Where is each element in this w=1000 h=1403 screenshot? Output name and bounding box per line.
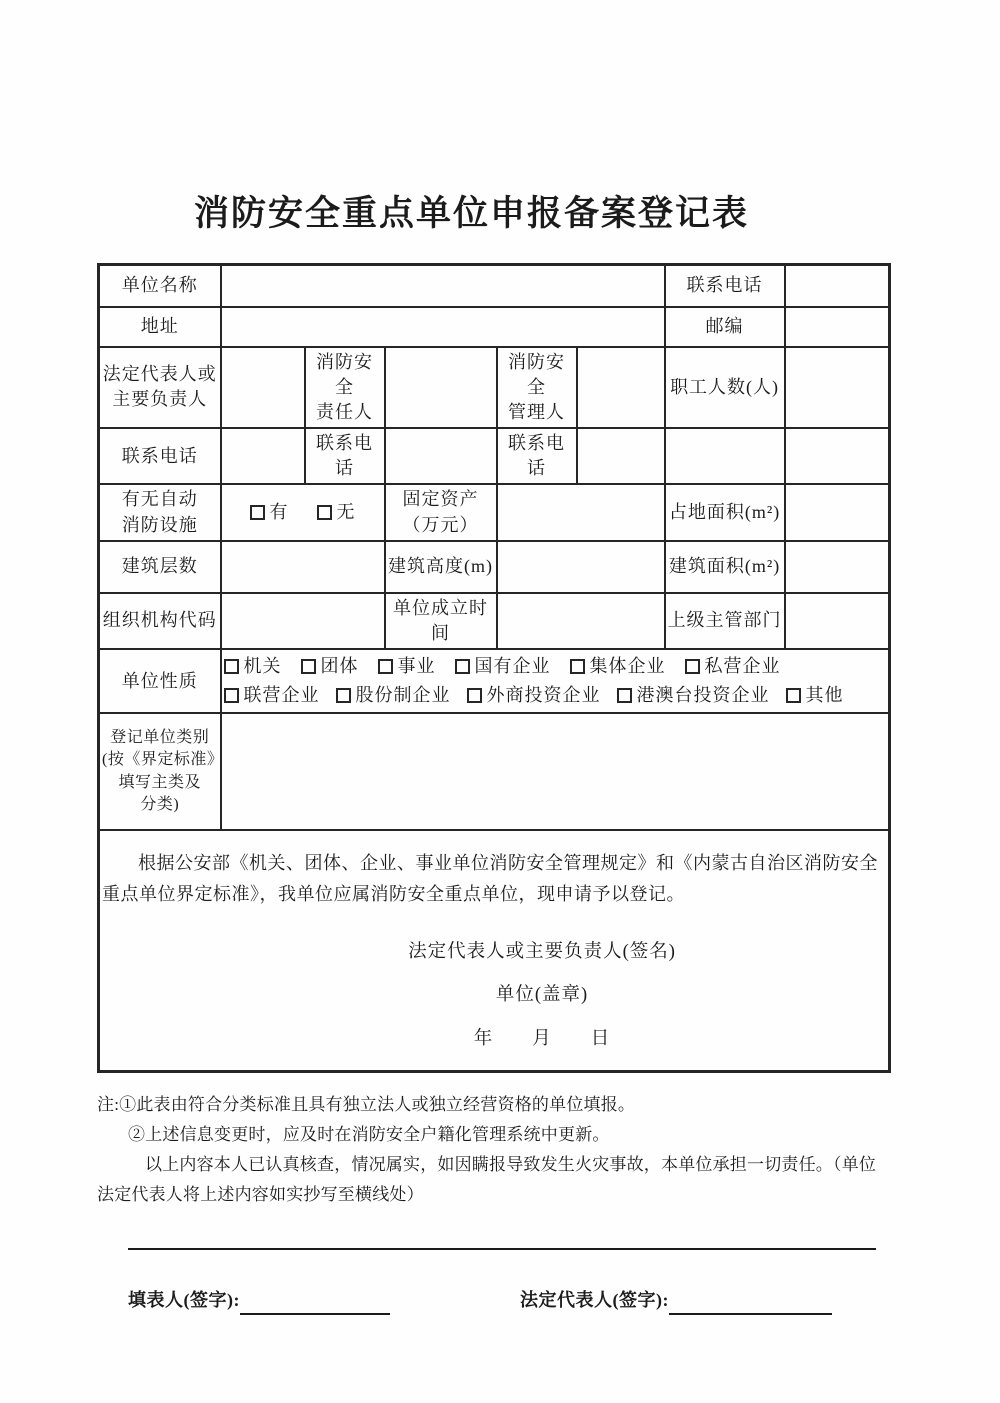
legal-rep-field[interactable]: [221, 347, 305, 429]
postcode-field[interactable]: [785, 307, 890, 347]
legal-sign-underline[interactable]: [669, 1297, 832, 1315]
unit-seal-line[interactable]: 单位(盖章): [150, 983, 934, 1009]
nature-option[interactable]: 集体企业: [570, 652, 666, 681]
nature-options-line-2: 联营企业 股份制企业 外商投资企业 港澳台投资企业 其他: [224, 681, 887, 710]
nature-option[interactable]: 事业: [378, 652, 436, 681]
address-field[interactable]: [221, 307, 665, 347]
checkbox-icon[interactable]: [467, 688, 482, 703]
safety-officer-field[interactable]: [385, 347, 497, 429]
safety-manager-phone-field[interactable]: [577, 428, 665, 484]
safety-manager-label: 消防安全 管理人: [497, 347, 577, 429]
floors-field[interactable]: [221, 541, 385, 593]
fixed-assets-field[interactable]: [497, 484, 665, 540]
reg-category-field[interactable]: [221, 713, 890, 830]
safety-manager-phone-label: 联系电话: [497, 428, 577, 484]
building-area-label: 建筑面积(m²): [665, 541, 785, 593]
superior-dept-label: 上级主管部门: [665, 593, 785, 649]
unit-nature-label: 单位性质: [99, 649, 221, 713]
note-1: 注:①此表由符合分类标准且具有独立法人或独立经营资格的单位填报。: [97, 1090, 888, 1120]
postcode-label: 邮编: [665, 307, 785, 347]
registration-form-table: 单位名称 联系电话 地址 邮编 法定代表人或 主要负责人 消防安全: [97, 263, 891, 1073]
nature-option[interactable]: 外商投资企业: [467, 681, 601, 710]
declaration-text: 根据公安部《机关、团体、企业、事业单位消防安全管理规定》和《内蒙古自治区消防安全…: [102, 848, 886, 910]
superior-dept-field[interactable]: [785, 593, 890, 649]
row-address: 地址 邮编: [99, 307, 890, 347]
note-3: 以上内容本人已认真核查，情况属实，如因瞒报导致发生火灾事故，本单位承担一切责任。…: [97, 1150, 888, 1210]
auto-fire-yes-option[interactable]: 有: [250, 502, 289, 522]
filler-sign-label: 填表人(签字):: [128, 1286, 240, 1312]
nature-option[interactable]: 国有企业: [455, 652, 551, 681]
legal-sign-label: 法定代表人(签字):: [520, 1286, 669, 1312]
empty-cell: [665, 428, 785, 484]
date-line[interactable]: 年 月 日: [150, 1027, 934, 1053]
safety-officer-label: 消防安全 责任人: [305, 347, 385, 429]
handwriting-copy-line[interactable]: [128, 1248, 876, 1250]
checkbox-icon[interactable]: [336, 688, 351, 703]
org-code-label: 组织机构代码: [99, 593, 221, 649]
unit-name-label: 单位名称: [99, 265, 221, 307]
checkbox-icon[interactable]: [685, 659, 700, 674]
staff-count-label: 职工人数(人): [665, 347, 785, 429]
declaration-cell: 根据公安部《机关、团体、企业、事业单位消防安全管理规定》和《内蒙古自治区消防安全…: [99, 830, 890, 1071]
legal-rep-phone-label: 联系电话: [99, 428, 221, 484]
land-area-field[interactable]: [785, 484, 890, 540]
fixed-assets-label: 固定资产 （万元）: [385, 484, 497, 540]
auto-fire-options: 有无: [221, 484, 385, 540]
established-field[interactable]: [497, 593, 665, 649]
row-building-1: 建筑层数 建筑高度(m) 建筑面积(m²): [99, 541, 890, 593]
nature-option[interactable]: 团体: [301, 652, 359, 681]
org-code-field[interactable]: [221, 593, 385, 649]
nature-option[interactable]: 港澳台投资企业: [617, 681, 770, 710]
checkbox-icon[interactable]: [250, 505, 265, 520]
building-height-field[interactable]: [497, 541, 665, 593]
checkbox-icon[interactable]: [455, 659, 470, 674]
checkbox-icon[interactable]: [378, 659, 393, 674]
form-title: 消防安全重点单位申报备案登记表: [76, 186, 867, 230]
row-auto-fire: 有无自动 消防设施 有无 固定资产 （万元） 占地面积(m²): [99, 484, 890, 540]
safety-manager-field[interactable]: [577, 347, 665, 429]
safety-officer-phone-field[interactable]: [385, 428, 497, 484]
nature-option[interactable]: 联营企业: [224, 681, 320, 710]
signature-footer: 填表人(签字): 法定代表人(签字):: [97, 1286, 888, 1312]
form-content: 消防安全重点单位申报备案登记表 单位名称 联系电话 地址 邮编 法定代表人: [97, 0, 888, 1312]
address-label: 地址: [99, 307, 221, 347]
nature-options-line-1: 机关 团体 事业 国有企业 集体企业 私营企业: [224, 652, 887, 681]
checkbox-icon[interactable]: [224, 688, 239, 703]
checkbox-icon[interactable]: [224, 659, 239, 674]
empty-cell: [785, 428, 890, 484]
checkbox-icon[interactable]: [617, 688, 632, 703]
floors-label: 建筑层数: [99, 541, 221, 593]
checkbox-icon[interactable]: [786, 688, 801, 703]
safety-officer-phone-label: 联系电话: [305, 428, 385, 484]
building-area-field[interactable]: [785, 541, 890, 593]
land-area-label: 占地面积(m²): [665, 484, 785, 540]
legal-rep-label: 法定代表人或 主要负责人: [99, 347, 221, 429]
auto-fire-label: 有无自动 消防设施: [99, 484, 221, 540]
row-org: 组织机构代码 单位成立时间 上级主管部门: [99, 593, 890, 649]
legal-rep-phone-field[interactable]: [221, 428, 305, 484]
unit-nature-options: 机关 团体 事业 国有企业 集体企业 私营企业 联营企业 股份制企业 外商投资企…: [221, 649, 890, 713]
checkbox-icon[interactable]: [301, 659, 316, 674]
auto-fire-no-option[interactable]: 无: [317, 502, 356, 522]
notes-section: 注:①此表由符合分类标准且具有独立法人或独立经营资格的单位填报。 ②上述信息变更…: [97, 1090, 888, 1210]
row-unit-nature: 单位性质 机关 团体 事业 国有企业 集体企业 私营企业 联营企业 股份制企业 …: [99, 649, 890, 713]
nature-option[interactable]: 股份制企业: [336, 681, 451, 710]
row-phones: 联系电话 联系电话 联系电话: [99, 428, 890, 484]
building-height-label: 建筑高度(m): [385, 541, 497, 593]
filler-sign-underline[interactable]: [240, 1297, 390, 1315]
nature-option[interactable]: 机关: [224, 652, 282, 681]
contact-phone-label: 联系电话: [665, 265, 785, 307]
scanned-form-page: 消防安全重点单位申报备案登记表 单位名称 联系电话 地址 邮编 法定代表人: [0, 0, 1000, 1403]
row-persons: 法定代表人或 主要负责人 消防安全 责任人 消防安全 管理人 职工人数(人): [99, 347, 890, 429]
staff-count-field[interactable]: [785, 347, 890, 429]
nature-option[interactable]: 其他: [786, 681, 844, 710]
reg-category-label: 登记单位类别 (按《界定标准》 填写主类及 分类): [99, 713, 221, 830]
unit-name-field[interactable]: [221, 265, 665, 307]
row-reg-category: 登记单位类别 (按《界定标准》 填写主类及 分类): [99, 713, 890, 830]
note-2: ②上述信息变更时，应及时在消防安全户籍化管理系统中更新。: [97, 1120, 888, 1150]
row-unit-name: 单位名称 联系电话: [99, 265, 890, 307]
nature-option[interactable]: 私营企业: [685, 652, 781, 681]
row-declaration: 根据公安部《机关、团体、企业、事业单位消防安全管理规定》和《内蒙古自治区消防安全…: [99, 830, 890, 1071]
contact-phone-field[interactable]: [785, 265, 890, 307]
checkbox-icon[interactable]: [317, 505, 332, 520]
checkbox-icon[interactable]: [570, 659, 585, 674]
legal-rep-signature-line[interactable]: 法定代表人或主要负责人(签名): [150, 940, 934, 966]
established-label: 单位成立时间: [385, 593, 497, 649]
